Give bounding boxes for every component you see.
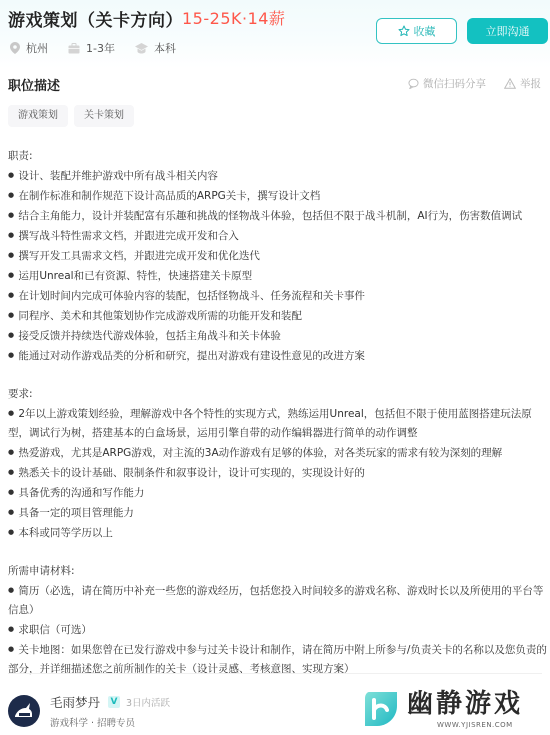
experience: 1-3年 bbox=[68, 40, 115, 56]
requirement-item: 本科或同等学历以上 bbox=[8, 523, 548, 543]
watermark-name: 幽静游戏 bbox=[407, 688, 523, 720]
divider bbox=[8, 673, 542, 674]
requirement-item: 熟悉关卡的设计基础、限制条件和叙事设计，设计可实现的，实现设计好的 bbox=[8, 463, 548, 483]
location-text: 杭州 bbox=[26, 40, 48, 56]
wechat-share-label: 微信扫码分享 bbox=[423, 76, 486, 91]
location: 杭州 bbox=[10, 40, 48, 56]
graduation-cap-icon bbox=[135, 43, 148, 54]
duty-item: 接受反馈并持续迭代游戏体验，包括主角战斗和关卡体验 bbox=[8, 326, 548, 346]
recruiter-name: 毛雨梦丹 bbox=[50, 693, 100, 711]
watermark-leaf-icon bbox=[363, 690, 401, 728]
job-description: 职责: 设计、装配并维护游戏中所有战斗相关内容 在制作标准和制作规范下设计高品质… bbox=[8, 147, 548, 698]
duty-item: 在计划时间内完成可体验内容的装配，包括怪物战斗、任务流程和关卡事件 bbox=[8, 286, 548, 306]
job-header: 游戏策划（关卡方向） 15-25K·14薪 杭州 1-3年 本科 收藏 立即沟通 bbox=[0, 0, 550, 68]
requirement-item: 具备优秀的沟通和写作能力 bbox=[8, 483, 548, 503]
report-link[interactable]: 举报 bbox=[504, 76, 541, 91]
experience-text: 1-3年 bbox=[86, 40, 115, 56]
materials-heading: 所需申请材料: bbox=[8, 562, 548, 581]
warning-icon bbox=[504, 78, 516, 89]
requirements-heading: 要求: bbox=[8, 385, 548, 404]
duty-item: 运用Unreal和已有资源、特性，快速搭建关卡原型 bbox=[8, 266, 548, 286]
report-label: 举报 bbox=[520, 76, 541, 91]
requirements-block: 要求: 2年以上游戏策划经验，理解游戏中各个特性的实现方式，熟练运用Unreal… bbox=[8, 385, 548, 543]
company-logo-icon bbox=[11, 698, 37, 724]
recruiter-card[interactable]: 毛雨梦丹 V 3日内活跃 游戏科学 · 招聘专员 bbox=[8, 693, 170, 729]
duty-item: 在制作标准和制作规范下设计高品质的ARPG关卡，撰写设计文档 bbox=[8, 186, 548, 206]
requirement-item: 2年以上游戏策划经验，理解游戏中各个特性的实现方式，熟练运用Unreal，包括但… bbox=[8, 404, 548, 443]
requirement-item: 具备一定的项目管理能力 bbox=[8, 503, 548, 523]
favorite-label: 收藏 bbox=[414, 23, 436, 39]
active-status: 3日内活跃 bbox=[126, 695, 170, 709]
verified-badge-icon: V bbox=[108, 696, 120, 708]
materials-block: 所需申请材料: 简历（必选，请在简历中补充一些您的游戏经历，包括您投入时间较多的… bbox=[8, 562, 548, 679]
briefcase-icon bbox=[68, 43, 80, 54]
share-report-bar: 微信扫码分享 举报 bbox=[408, 76, 541, 91]
location-pin-icon bbox=[10, 42, 20, 54]
recruiter-company-role: 游戏科学 · 招聘专员 bbox=[50, 715, 170, 729]
education: 本科 bbox=[135, 40, 176, 56]
duty-item: 能通过对动作游戏品类的分析和研究，提出对游戏有建设性意见的改进方案 bbox=[8, 346, 548, 366]
tag: 游戏策划 bbox=[8, 105, 68, 127]
duties-block: 职责: 设计、装配并维护游戏中所有战斗相关内容 在制作标准和制作规范下设计高品质… bbox=[8, 147, 548, 366]
chat-now-label: 立即沟通 bbox=[486, 23, 530, 39]
chat-bubble-icon bbox=[408, 78, 419, 89]
tag-list: 游戏策划 关卡策划 bbox=[8, 105, 140, 127]
duty-item: 撰写战斗特性需求文档，并跟进完成开发和合入 bbox=[8, 226, 548, 246]
material-item: 求职信（可选） bbox=[8, 620, 548, 640]
duty-item: 撰写开发工具需求文档，并跟进完成开发和优化迭代 bbox=[8, 246, 548, 266]
job-title: 游戏策划（关卡方向） bbox=[8, 6, 183, 31]
salary: 15-25K·14薪 bbox=[182, 6, 285, 29]
favorite-button[interactable]: 收藏 bbox=[376, 18, 457, 44]
tag: 关卡策划 bbox=[74, 105, 134, 127]
avatar[interactable] bbox=[8, 695, 40, 727]
recruiter-info: 毛雨梦丹 V 3日内活跃 游戏科学 · 招聘专员 bbox=[50, 693, 170, 729]
recruiter-name-row: 毛雨梦丹 V 3日内活跃 bbox=[50, 693, 170, 711]
star-icon bbox=[398, 25, 410, 37]
education-text: 本科 bbox=[154, 40, 176, 56]
duty-item: 同程序、美术和其他策划协作完成游戏所需的功能开发和装配 bbox=[8, 306, 548, 326]
section-title: 职位描述 bbox=[8, 75, 60, 94]
watermark-logo: 幽静游戏 WWW.YJISREN.COM bbox=[363, 688, 543, 732]
chat-now-button[interactable]: 立即沟通 bbox=[467, 18, 548, 44]
watermark-url: WWW.YJISREN.COM bbox=[437, 721, 513, 729]
job-meta: 杭州 1-3年 本科 bbox=[10, 40, 196, 56]
requirement-item: 热爱游戏，尤其是ARPG游戏，对主流的3A动作游戏有足够的体验，对各类玩家的需求… bbox=[8, 443, 548, 463]
duty-item: 设计、装配并维护游戏中所有战斗相关内容 bbox=[8, 166, 548, 186]
material-item: 简历（必选，请在简历中补充一些您的游戏经历，包括您投入时间较多的游戏名称、游戏时… bbox=[8, 581, 548, 620]
duty-item: 结合主角能力，设计并装配富有乐趣和挑战的怪物战斗体验，包括但不限于战斗机制，AI… bbox=[8, 206, 548, 226]
duties-heading: 职责: bbox=[8, 147, 548, 166]
wechat-share-link[interactable]: 微信扫码分享 bbox=[408, 76, 486, 91]
